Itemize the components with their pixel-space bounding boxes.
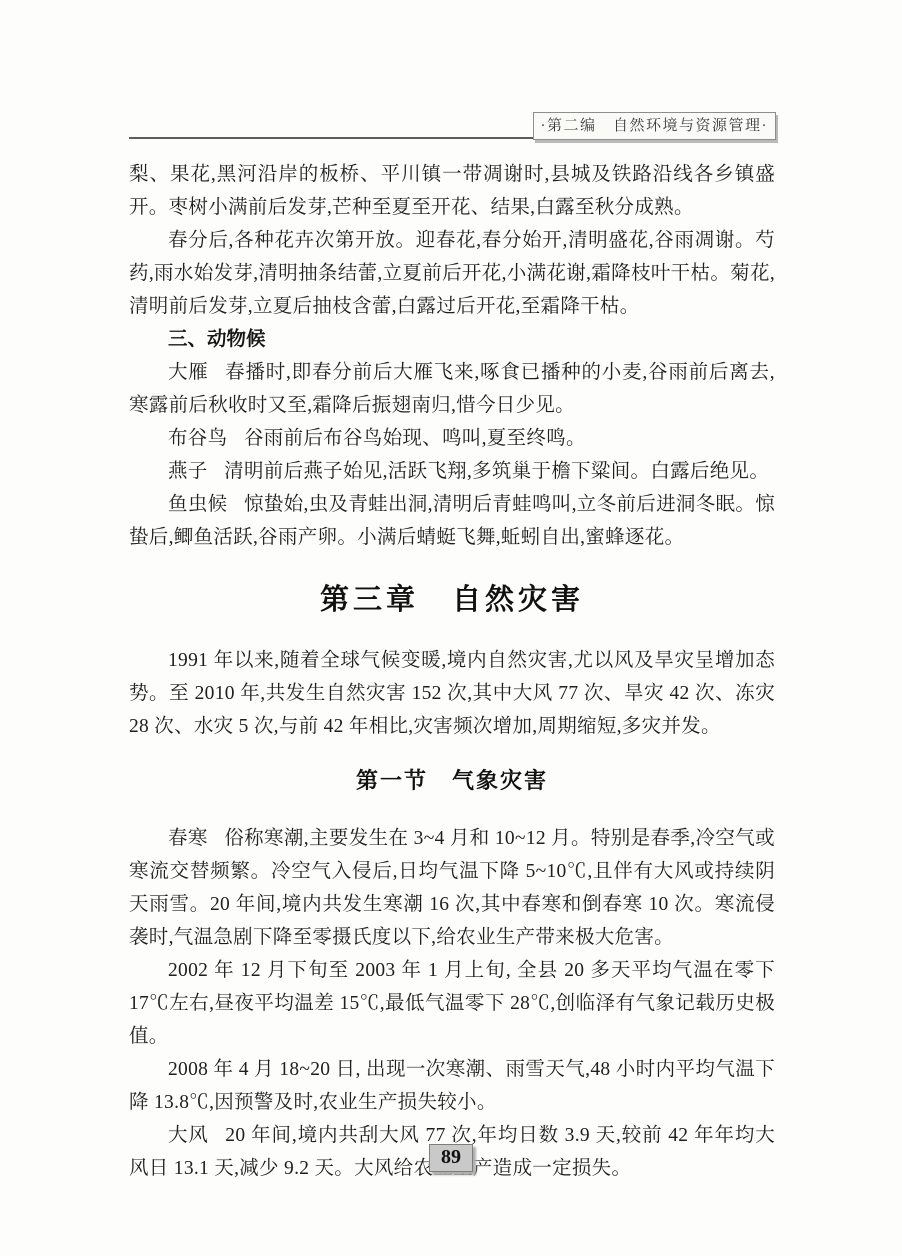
paragraph-phenology-flowers: 春分后,各种花卉次第开放。迎春花,春分始开,清明盛花,谷雨凋谢。芍药,雨水始发芽… xyxy=(129,224,775,323)
header-rule xyxy=(129,137,533,139)
entry-text: 谷雨前后布谷鸟始现、鸣叫,夏至终鸣。 xyxy=(244,428,586,449)
section-title: 第一节 气象灾害 xyxy=(129,766,775,796)
entry-term: 大雁 xyxy=(168,362,209,383)
entry-text: 春播时,即春分前后大雁飞来,啄食已播种的小麦,谷雨前后离去,寒露前后秋收时又至,… xyxy=(129,362,775,416)
entry-spring-cold: 春寒俗称寒潮,主要发生在 3~4 月和 10~12 月。特别是春季,冷空气或寒流… xyxy=(129,822,775,954)
entry-cuckoo: 布谷鸟谷雨前后布谷鸟始现、鸣叫,夏至终鸣。 xyxy=(129,422,775,455)
entry-swallow: 燕子清明前后燕子始见,活跃飞翔,多筑巢于檐下粱间。白露后绝见。 xyxy=(129,455,775,488)
paragraph-phenology-continuation: 梨、果花,黑河沿岸的板桥、平川镇一带凋谢时,县城及铁路沿线各乡镇盛开。枣树小满前… xyxy=(129,158,775,224)
entry-wild-goose: 大雁春播时,即春分前后大雁飞来,啄食已播种的小麦,谷雨前后离去,寒露前后秋收时又… xyxy=(129,356,775,422)
entry-term: 鱼虫候 xyxy=(168,494,227,515)
entry-term: 春寒 xyxy=(168,828,208,849)
entry-term: 燕子 xyxy=(168,461,208,482)
book-page: ·第二编 自然环境与资源管理· 梨、果花,黑河沿岸的板桥、平川镇一带凋谢时,县城… xyxy=(0,0,902,1256)
entry-text: 清明前后燕子始见,活跃飞翔,多筑巢于檐下粱间。白露后绝见。 xyxy=(224,461,769,482)
entry-term: 大风 xyxy=(168,1125,209,1146)
page-content: 梨、果花,黑河沿岸的板桥、平川镇一带凋谢时,县城及铁路沿线各乡镇盛开。枣树小满前… xyxy=(129,158,775,1185)
page-header: ·第二编 自然环境与资源管理· xyxy=(129,112,776,140)
paragraph-chapter-intro: 1991 年以来,随着全球气候变暖,境内自然灾害,尤以风及旱灾呈增加态势。至 2… xyxy=(129,644,775,743)
entry-text: 俗称寒潮,主要发生在 3~4 月和 10~12 月。特别是春季,冷空气或寒流交替… xyxy=(129,828,775,948)
entry-term: 布谷鸟 xyxy=(168,428,227,449)
paragraph-event-2008: 2008 年 4 月 18~20 日, 出现一次寒潮、雨雪天气,48 小时内平均… xyxy=(129,1053,775,1119)
subsection-heading-animal-phenology: 三、动物候 xyxy=(129,323,775,356)
header-section-label: ·第二编 自然环境与资源管理· xyxy=(533,112,777,140)
paragraph-event-2002: 2002 年 12 月下旬至 2003 年 1 月上旬, 全县 20 多天平均气… xyxy=(129,954,775,1053)
entry-fish-insect: 鱼虫候惊蛰始,虫及青蛙出洞,清明后青蛙鸣叫,立冬前后进洞冬眠。惊蛰后,鲫鱼活跃,… xyxy=(129,488,775,554)
page-number: 89 xyxy=(429,1144,473,1172)
chapter-title: 第三章 自然灾害 xyxy=(129,579,775,621)
